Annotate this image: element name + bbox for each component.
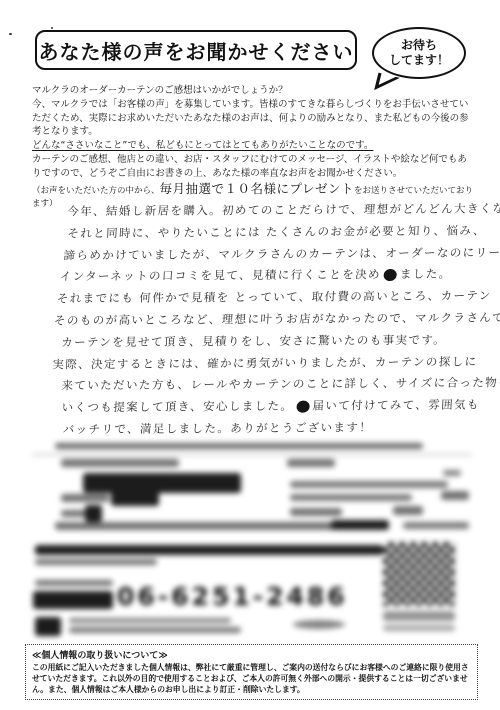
handwritten-line: バッチリで、満足しました。ありがとうございます！ — [62, 416, 481, 441]
prize-highlight: 毎月抽選で１０名様にプレゼント — [160, 181, 355, 196]
company-logo-blurred — [35, 617, 61, 636]
blurred-block — [61, 494, 109, 502]
prize-prefix: （お声をいただいた方の中から、 — [32, 186, 160, 196]
handwritten-line: それと同時に、やりたいことには たくさんのお金が必要と知り、悩み、 — [67, 220, 480, 245]
blurred-block — [443, 470, 461, 476]
page-title: あなた様の声をお聞かせください — [39, 36, 354, 65]
handwritten-line: カーテンを見せて頂き、見積りをし、安さに驚いたのも事実です。 — [61, 329, 481, 354]
privacy-notice: ≪個人情報の取り扱いについて≫ この用紙にご記入いただきました個人情報は、弊社に… — [25, 644, 478, 700]
blurred-block — [85, 505, 102, 522]
blurred-block — [55, 443, 423, 449]
intro-body2-underlined: どんな“ささいなこと”でも、私どもにとってはとてもありがたいことなのです。 — [32, 139, 475, 153]
blurred-block — [393, 506, 423, 515]
intro-lead: マルクラのオーダーカーテンのご感想はいかがでしょうか？ — [32, 84, 475, 98]
blurred-block — [35, 559, 157, 565]
redaction-blob — [384, 269, 398, 281]
intro-body1: 今、マルクラでは「お客様の声」を募集しています。皆様のすてきな暮らしづくりをお手… — [32, 98, 475, 139]
blurred-block — [403, 522, 469, 529]
handwritten-line: それまでにも 何件かで見積を とっていて、取付費の高いところ、カーテン — [56, 286, 480, 311]
handwriting-section: 今年、結婚し新居を購入。初めてのことだらけで、理想がどんどん大きくなり、それと同… — [29, 198, 481, 441]
handwritten-line: 今年、結婚し新居を購入。初めてのことだらけで、理想がどんどん大きくなり、 — [67, 198, 480, 223]
speech-bubble-text: お待ち — [401, 38, 437, 53]
blurred-block — [383, 611, 455, 621]
blurred-address-line — [35, 545, 383, 555]
blurred-personal-info-section: 06-6251-2486 — [25, 441, 480, 641]
speech-bubble: お待ち してます！ — [372, 27, 466, 79]
blurred-block — [290, 481, 448, 488]
qr-code-blurred — [383, 542, 455, 606]
scanned-feedback-form: { "header": { "title": "あなた様の声をお聞かせください"… — [0, 0, 500, 710]
blurred-block — [69, 618, 231, 623]
blurred-block — [287, 459, 335, 467]
privacy-title: ≪個人情報の取り扱いについて≫ — [32, 648, 471, 661]
intro-body3: カーテンのご感想、他店との違い、お店・スタッフにむけてのメッセージ、イラストや絵… — [32, 153, 475, 181]
page-title-box: あなた様の声をお聞かせください — [35, 30, 357, 70]
blurred-block — [290, 494, 412, 501]
blurred-stamp — [111, 488, 159, 506]
handwritten-line: インターネットの口コミを見て、見積に行くことを決めました。 — [59, 264, 480, 289]
handwritten-line: そのものが高いところなど、理想に叶うお店がなかったので、マルクラさんで — [54, 307, 481, 332]
handwritten-line: 来ていただいた方も、レールやカーテンのことに詳しく、サイズに合った物を — [61, 373, 481, 398]
blurred-signature — [293, 620, 345, 629]
blurred-block — [33, 591, 113, 609]
blurred-block — [383, 625, 455, 631]
blurred-block — [69, 627, 241, 633]
blurred-name-handwriting — [83, 473, 241, 493]
form-rule — [33, 454, 471, 455]
blurred-block — [55, 522, 347, 530]
handwritten-line: いくつも提案して頂き、安心しました。届いて付けてみて、雰囲気も — [61, 395, 481, 420]
blurred-block — [61, 459, 179, 467]
blurred-block — [441, 491, 469, 500]
blurred-block — [35, 580, 113, 586]
privacy-body: この用紙にご記入いただきました個人情報は、弊社にて厳重に管理し、ご案内の送付なら… — [32, 662, 471, 695]
blurred-block — [290, 508, 342, 516]
redaction-blob — [296, 401, 310, 413]
intro-section: マルクラのオーダーカーテンのご感想はいかがでしょうか？ 今、マルクラでは「お客様… — [32, 84, 475, 211]
speech-bubble-text: してます！ — [389, 53, 449, 68]
blurred-block — [331, 520, 389, 530]
scan-speck — [51, 27, 53, 29]
scan-speck — [9, 33, 12, 35]
phone-number-blurred: 06-6251-2486 — [117, 582, 348, 611]
